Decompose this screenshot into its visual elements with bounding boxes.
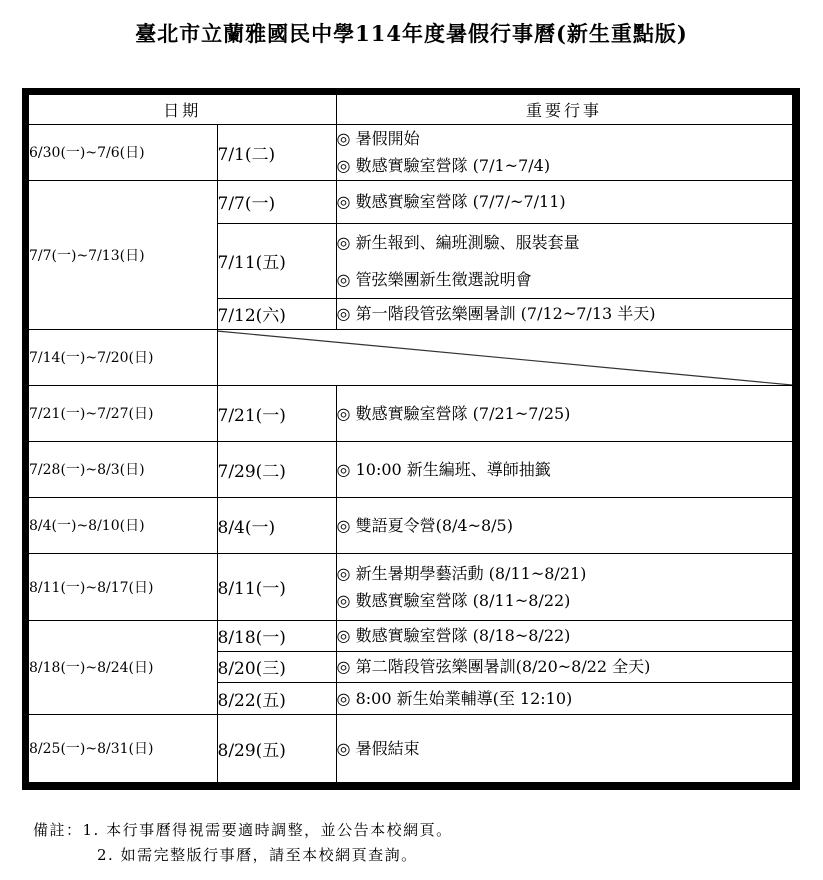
- double-circle-bullet-icon: ◎: [337, 192, 351, 211]
- double-circle-bullet-icon: ◎: [337, 564, 351, 583]
- event-item: ◎ 數感實驗室營隊 (7/7/~7/11): [337, 188, 792, 215]
- double-circle-bullet-icon: ◎: [337, 626, 351, 645]
- week-range: 7/28(一)~8/3(日): [29, 441, 217, 497]
- event-day: 7/21(一): [217, 385, 336, 441]
- notes-label: 備註：: [33, 821, 83, 839]
- event-item: ◎ 數感實驗室營隊 (8/11~8/22): [337, 587, 792, 614]
- table-header-row: 日期 重要行事: [29, 95, 792, 124]
- header-date: 日期: [29, 95, 336, 124]
- table-row: 8/11(一)~8/17(日) 8/11(一) ◎ 新生暑期學藝活動 (8/11…: [29, 553, 792, 620]
- event-day: 8/22(五): [217, 682, 336, 714]
- event-cell: ◎ 8:00 新生始業輔導(至 12:10): [336, 682, 792, 714]
- double-circle-bullet-icon: ◎: [337, 689, 351, 708]
- event-cell: ◎ 數感實驗室營隊 (7/7/~7/11): [336, 180, 792, 223]
- event-cell: ◎ 暑假開始 ◎ 數感實驗室營隊 (7/1~7/4): [336, 124, 792, 180]
- week-range: 8/11(一)~8/17(日): [29, 553, 217, 620]
- event-item: ◎ 數感實驗室營隊 (7/1~7/4): [337, 152, 792, 179]
- event-cell: ◎ 第二階段管弦樂團暑訓(8/20~8/22 全天): [336, 651, 792, 682]
- week-range: 8/25(一)~8/31(日): [29, 714, 217, 782]
- event-day: 8/20(三): [217, 651, 336, 682]
- week-range: 6/30(一)~7/6(日): [29, 124, 217, 180]
- event-item: ◎ 新生暑期學藝活動 (8/11~8/21): [337, 560, 792, 587]
- event-cell: ◎ 新生報到、編班測驗、服裝套量 ◎ 管弦樂團新生徵選說明會: [336, 223, 792, 298]
- table-row: 8/18(一)~8/24(日) 8/18(一) ◎ 數感實驗室營隊 (8/18~…: [29, 620, 792, 651]
- table-row: 8/25(一)~8/31(日) 8/29(五) ◎ 暑假結束: [29, 714, 792, 782]
- event-cell: ◎ 雙語夏令營(8/4~8/5): [336, 497, 792, 553]
- double-circle-bullet-icon: ◎: [337, 233, 351, 252]
- event-item: ◎ 8:00 新生始業輔導(至 12:10): [337, 685, 792, 712]
- event-day: 7/7(一): [217, 180, 336, 223]
- event-item: ◎ 雙語夏令營(8/4~8/5): [337, 512, 792, 539]
- double-circle-bullet-icon: ◎: [337, 739, 351, 758]
- double-circle-bullet-icon: ◎: [337, 156, 351, 175]
- event-cell: ◎ 新生暑期學藝活動 (8/11~8/21) ◎ 數感實驗室營隊 (8/11~8…: [336, 553, 792, 620]
- event-day: 7/29(二): [217, 441, 336, 497]
- empty-cell-diagonal: [217, 329, 792, 385]
- table-row: 6/30(一)~7/6(日) 7/1(二) ◎ 暑假開始 ◎ 數感實驗室營隊 (…: [29, 124, 792, 180]
- table-row: 8/4(一)~8/10(日) 8/4(一) ◎ 雙語夏令營(8/4~8/5): [29, 497, 792, 553]
- diagonal-line: [218, 330, 792, 385]
- event-day: 8/4(一): [217, 497, 336, 553]
- week-range: 7/21(一)~7/27(日): [29, 385, 217, 441]
- table-row: 7/7(一)~7/13(日) 7/7(一) ◎ 數感實驗室營隊 (7/7/~7/…: [29, 180, 792, 223]
- table-row: 7/28(一)~8/3(日) 7/29(二) ◎ 10:00 新生編班、導師抽籤: [29, 441, 792, 497]
- event-day: 8/18(一): [217, 620, 336, 651]
- event-day: 7/12(六): [217, 298, 336, 329]
- calendar-table: 日期 重要行事 6/30(一)~7/6(日) 7/1(二) ◎ 暑假開始 ◎ 數…: [29, 95, 793, 783]
- event-item: ◎ 10:00 新生編班、導師抽籤: [337, 456, 792, 483]
- event-item: ◎ 暑假開始: [337, 125, 792, 152]
- double-circle-bullet-icon: ◎: [337, 460, 351, 479]
- week-range: 7/14(一)~7/20(日): [29, 329, 217, 385]
- double-circle-bullet-icon: ◎: [337, 129, 351, 148]
- double-circle-bullet-icon: ◎: [337, 516, 351, 535]
- double-circle-bullet-icon: ◎: [337, 591, 351, 610]
- table-row: 7/21(一)~7/27(日) 7/21(一) ◎ 數感實驗室營隊 (7/21~…: [29, 385, 792, 441]
- event-cell: ◎ 暑假結束: [336, 714, 792, 782]
- table-row: 7/14(一)~7/20(日): [29, 329, 792, 385]
- event-day: 8/29(五): [217, 714, 336, 782]
- page-title: 臺北市立蘭雅國民中學114年度暑假行事曆(新生重點版): [0, 18, 823, 48]
- event-cell: ◎ 數感實驗室營隊 (7/21~7/25): [336, 385, 792, 441]
- double-circle-bullet-icon: ◎: [337, 304, 351, 323]
- event-cell: ◎ 第一階段管弦樂團暑訓 (7/12~7/13 半天): [336, 298, 792, 329]
- event-item: ◎ 管弦樂團新生徵選說明會: [337, 261, 792, 298]
- note-item: 2. 如需完整版行事曆，請至本校網頁查詢。: [33, 843, 453, 868]
- double-circle-bullet-icon: ◎: [337, 657, 351, 676]
- event-item: ◎ 新生報到、編班測驗、服裝套量: [337, 224, 792, 261]
- event-item: ◎ 數感實驗室營隊 (8/18~8/22): [337, 622, 792, 649]
- event-cell: ◎ 數感實驗室營隊 (8/18~8/22): [336, 620, 792, 651]
- event-day: 7/11(五): [217, 223, 336, 298]
- double-circle-bullet-icon: ◎: [337, 270, 351, 289]
- week-range: 7/7(一)~7/13(日): [29, 180, 217, 329]
- notes: 備註：1. 本行事曆得視需要適時調整，並公告本校網頁。 2. 如需完整版行事曆，…: [33, 818, 453, 868]
- event-day: 7/1(二): [217, 124, 336, 180]
- event-item: ◎ 數感實驗室營隊 (7/21~7/25): [337, 400, 792, 427]
- event-cell: ◎ 10:00 新生編班、導師抽籤: [336, 441, 792, 497]
- event-item: ◎ 第一階段管弦樂團暑訓 (7/12~7/13 半天): [337, 300, 792, 327]
- note-item: 備註：1. 本行事曆得視需要適時調整，並公告本校網頁。: [33, 818, 453, 843]
- double-circle-bullet-icon: ◎: [337, 404, 351, 423]
- week-range: 8/18(一)~8/24(日): [29, 620, 217, 714]
- event-day: 8/11(一): [217, 553, 336, 620]
- header-events: 重要行事: [336, 95, 792, 124]
- week-range: 8/4(一)~8/10(日): [29, 497, 217, 553]
- event-item: ◎ 暑假結束: [337, 735, 792, 762]
- event-item: ◎ 第二階段管弦樂團暑訓(8/20~8/22 全天): [337, 653, 792, 680]
